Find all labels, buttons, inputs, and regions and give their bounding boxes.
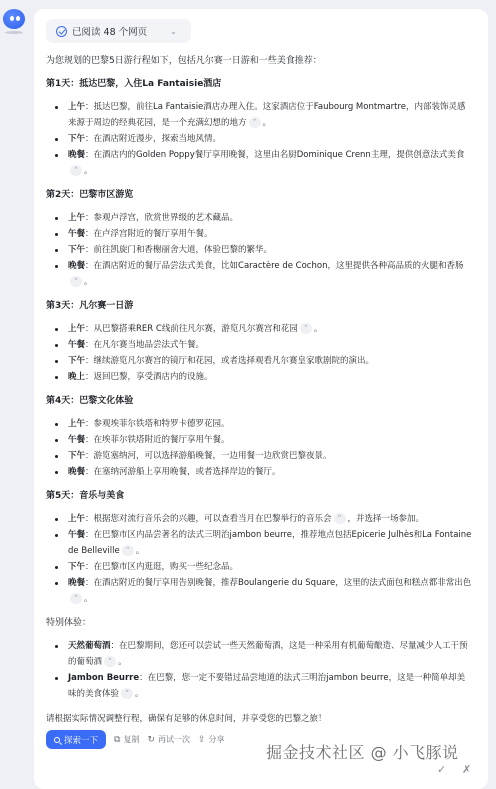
item-text: ：在卢浮宫附近的餐厅享用午餐。 bbox=[85, 229, 213, 239]
citation-icon[interactable]: ” bbox=[122, 545, 134, 556]
day-items: 上午：参观卢浮宫，欣赏世界级的艺术藏品。午餐：在卢浮宫附近的餐厅享用午餐。下午：… bbox=[46, 210, 476, 290]
day-items: 上午：根据您对流行音乐会的兴趣，可以查看当月在巴黎举行的音乐会”，并选择一场参加… bbox=[46, 511, 476, 607]
day-title: 第1天：抵达巴黎，入住La Fantaisie酒店 bbox=[46, 77, 476, 91]
item-key: 上午 bbox=[68, 324, 85, 334]
chevron-down-icon: ⌄ bbox=[170, 27, 177, 36]
item-text: ：在酒店附近漫步，探索当地风情。 bbox=[85, 134, 221, 144]
citation-icon[interactable]: ” bbox=[334, 513, 346, 524]
item-key: 午餐 bbox=[68, 340, 85, 350]
citation-icon[interactable]: ” bbox=[70, 165, 82, 176]
list-item: 上午：根据您对流行音乐会的兴趣，可以查看当月在巴黎举行的音乐会”，并选择一场参加… bbox=[52, 511, 476, 527]
share-button[interactable]: ⇪ 分享 bbox=[198, 734, 225, 745]
day-items: 上午：抵达巴黎，前往La Fantaisie酒店办理入住。这家酒店位于Faubo… bbox=[46, 99, 476, 179]
special-title: 特别体验： bbox=[46, 616, 476, 630]
item-key: Jambon Beurre bbox=[68, 673, 139, 683]
item-text: ：参观卢浮宫，欣赏世界级的艺术藏品。 bbox=[85, 213, 238, 223]
explore-label: 探索一下 bbox=[64, 734, 98, 746]
special-list: 天然葡萄酒：在巴黎期间，您还可以尝试一些天然葡萄酒，这是一种采用有机葡萄酿造、尽… bbox=[46, 638, 476, 702]
item-key: 午餐 bbox=[68, 229, 85, 239]
explore-button[interactable]: 探索一下 bbox=[46, 730, 106, 749]
list-item: 晚餐：在酒店附近的餐厅享用告别晚餐，推荐Boulangerie du Squar… bbox=[52, 575, 476, 607]
item-text: ：游览塞纳河，可以选择游船晚餐，一边用餐一边欣赏巴黎夜景。 bbox=[85, 451, 332, 461]
item-text: ：在酒店附近的餐厅品尝法式美食，比如Caractère de Cochon，这里… bbox=[85, 261, 463, 271]
item-key: 下午 bbox=[68, 451, 85, 461]
day-section: 第3天：凡尔赛一日游上午：从巴黎搭乘RER C线前往凡尔赛，游览凡尔赛宫和花园”… bbox=[46, 299, 476, 385]
citation-icon[interactable]: ” bbox=[249, 117, 261, 128]
list-item: 下午：游览塞纳河，可以选择游船晚餐，一边用餐一边欣赏巴黎夜景。 bbox=[52, 448, 476, 464]
retry-button[interactable]: ↻ 再试一次 bbox=[147, 734, 190, 745]
list-item: 晚餐：在酒店附近的餐厅品尝法式美食，比如Caractère de Cochon，… bbox=[52, 258, 476, 290]
list-item: 上午：参观卢浮宫，欣赏世界级的艺术藏品。 bbox=[52, 210, 476, 226]
item-key: 下午 bbox=[68, 245, 85, 255]
list-item: 晚餐：在酒店内的Golden Poppy餐厅享用晚餐，这里由名厨Dominiqu… bbox=[52, 147, 476, 179]
item-key: 晚餐 bbox=[68, 261, 85, 271]
item-key: 上午 bbox=[68, 419, 85, 429]
share-icon: ⇪ bbox=[198, 735, 206, 745]
citation-icon[interactable]: ” bbox=[70, 593, 82, 604]
itinerary: 第1天：抵达巴黎，入住La Fantaisie酒店上午：抵达巴黎，前往La Fa… bbox=[46, 77, 476, 607]
item-key: 下午 bbox=[68, 562, 85, 572]
bot-face-icon bbox=[3, 9, 25, 29]
day-section: 第1天：抵达巴黎，入住La Fantaisie酒店上午：抵达巴黎，前往La Fa… bbox=[46, 77, 476, 179]
read-sources-label: 已阅读 48 个网页 bbox=[72, 24, 147, 38]
list-item: 上午：从巴黎搭乘RER C线前往凡尔赛，游览凡尔赛宫和花园”。 bbox=[52, 321, 476, 337]
citation-icon[interactable]: ” bbox=[300, 323, 312, 334]
day-title: 第2天：巴黎市区游览 bbox=[46, 188, 476, 202]
item-text: ：在巴黎期间，您还可以尝试一些天然葡萄酒，这是一种采用有机葡萄酿造、尽量减少人工… bbox=[68, 641, 468, 667]
item-key: 上午 bbox=[68, 514, 85, 524]
copy-button[interactable]: ⧉ 复制 bbox=[114, 734, 139, 745]
day-title: 第3天：凡尔赛一日游 bbox=[46, 299, 476, 313]
item-text: ：在酒店附近的餐厅享用告别晚餐，推荐Boulangerie du Square，… bbox=[85, 578, 471, 588]
list-item: 晚上：返回巴黎，享受酒店内的设施。 bbox=[52, 369, 476, 385]
list-item: 下午：前往凯旋门和香榭丽舍大道，体验巴黎的繁华。 bbox=[52, 242, 476, 258]
item-key: 下午 bbox=[68, 134, 85, 144]
item-text-end: 。 bbox=[136, 546, 145, 556]
item-key: 天然葡萄酒 bbox=[68, 641, 111, 651]
list-item: 晚餐：在塞纳河游船上享用晚餐，或者选择岸边的餐厅。 bbox=[52, 464, 476, 480]
item-key: 下午 bbox=[68, 356, 85, 366]
list-item: 上午：参观埃菲尔铁塔和特罗卡德罗花园。 bbox=[52, 416, 476, 432]
item-key: 晚餐 bbox=[68, 150, 85, 160]
item-text: ：在酒店内的Golden Poppy餐厅享用晚餐，这里由名厨Dominique … bbox=[85, 150, 464, 160]
list-item: 午餐：在巴黎市区内品尝著名的法式三明治jambon beurre，推荐地点包括E… bbox=[52, 527, 476, 559]
item-key: 晚餐 bbox=[68, 578, 85, 588]
read-sources-toggle[interactable]: 已阅读 48 个网页 ⌄ bbox=[46, 19, 191, 43]
item-key: 晚上 bbox=[68, 372, 85, 382]
list-item: 下午：在巴黎市区内逛逛，购买一些纪念品。 bbox=[52, 559, 476, 575]
outro-text: 请根据实际情况调整行程，确保有足够的休息时间，并享受您的巴黎之旅！ bbox=[46, 712, 476, 726]
retry-icon: ↻ bbox=[147, 735, 155, 745]
item-text: ：在塞纳河游船上享用晚餐，或者选择岸边的餐厅。 bbox=[85, 467, 281, 477]
thumbs-down-icon[interactable]: ✗ bbox=[462, 763, 471, 776]
special-section: 特别体验： 天然葡萄酒：在巴黎期间，您还可以尝试一些天然葡萄酒，这是一种采用有机… bbox=[46, 616, 476, 702]
item-text: ：在埃菲尔铁塔附近的餐厅享用午餐。 bbox=[85, 435, 230, 445]
item-text-end: 。 bbox=[135, 689, 144, 699]
list-item: 下午：在酒店附近漫步，探索当地风情。 bbox=[52, 131, 476, 147]
item-text: ：继续游览凡尔赛宫的镜厅和花园，或者选择观看凡尔赛皇家歌剧院的演出。 bbox=[85, 356, 374, 366]
copy-icon: ⧉ bbox=[114, 735, 120, 745]
day-section: 第4天：巴黎文化体验上午：参观埃菲尔铁塔和特罗卡德罗花园。午餐：在埃菲尔铁塔附近… bbox=[46, 394, 476, 480]
check-circle-icon bbox=[56, 26, 67, 37]
item-key: 上午 bbox=[68, 213, 85, 223]
item-text: ：返回巴黎，享受酒店内的设施。 bbox=[85, 372, 213, 382]
intro-text: 为您规划的巴黎5日游行程如下，包括凡尔赛一日游和一些美食推荐： bbox=[46, 54, 476, 68]
watermark: 掘金技术社区 @ 小飞豚说 bbox=[266, 740, 459, 763]
day-section: 第5天：音乐与美食上午：根据您对流行音乐会的兴趣，可以查看当月在巴黎举行的音乐会… bbox=[46, 489, 476, 607]
item-text-end: 。 bbox=[84, 277, 93, 287]
assistant-avatar bbox=[2, 9, 26, 35]
item-text: ：在巴黎市区内逛逛，购买一些纪念品。 bbox=[85, 562, 238, 572]
item-key: 晚餐 bbox=[68, 467, 85, 477]
retry-label: 再试一次 bbox=[158, 734, 190, 745]
list-item: 午餐：在埃菲尔铁塔附近的餐厅享用午餐。 bbox=[52, 432, 476, 448]
share-label: 分享 bbox=[209, 734, 225, 745]
assistant-message-card: 已阅读 48 个网页 ⌄ 为您规划的巴黎5日游行程如下，包括凡尔赛一日游和一些美… bbox=[34, 9, 488, 781]
day-items: 上午：参观埃菲尔铁塔和特罗卡德罗花园。午餐：在埃菲尔铁塔附近的餐厅享用午餐。下午… bbox=[46, 416, 476, 480]
list-item: 午餐：在卢浮宫附近的餐厅享用午餐。 bbox=[52, 226, 476, 242]
day-title: 第5天：音乐与美食 bbox=[46, 489, 476, 503]
citation-icon[interactable]: ” bbox=[104, 656, 116, 667]
avatar-shadow bbox=[5, 31, 23, 34]
item-text-end: 。 bbox=[84, 594, 93, 604]
thumbs-up-icon[interactable]: ✓ bbox=[437, 763, 446, 776]
item-text: ：在凡尔赛当地品尝法式午餐。 bbox=[85, 340, 204, 350]
item-text: ：前往凯旋门和香榭丽舍大道，体验巴黎的繁华。 bbox=[85, 245, 272, 255]
search-icon bbox=[54, 737, 60, 743]
avatar-eye-right bbox=[16, 16, 20, 21]
avatar-eye-left bbox=[10, 16, 14, 21]
item-key: 午餐 bbox=[68, 530, 85, 540]
day-title: 第4天：巴黎文化体验 bbox=[46, 394, 476, 408]
list-item: 上午：抵达巴黎，前往La Fantaisie酒店办理入住。这家酒店位于Faubo… bbox=[52, 99, 476, 131]
item-key: 午餐 bbox=[68, 435, 85, 445]
day-section: 第2天：巴黎市区游览上午：参观卢浮宫，欣赏世界级的艺术藏品。午餐：在卢浮宫附近的… bbox=[46, 188, 476, 290]
item-text-end: ，并选择一场参加。 bbox=[348, 514, 425, 524]
list-item: 午餐：在凡尔赛当地品尝法式午餐。 bbox=[52, 337, 476, 353]
list-item: 下午：继续游览凡尔赛宫的镜厅和花园，或者选择观看凡尔赛皇家歌剧院的演出。 bbox=[52, 353, 476, 369]
item-key: 上午 bbox=[68, 102, 85, 112]
list-item: 天然葡萄酒：在巴黎期间，您还可以尝试一些天然葡萄酒，这是一种采用有机葡萄酿造、尽… bbox=[52, 638, 476, 670]
item-text: ：从巴黎搭乘RER C线前往凡尔赛，游览凡尔赛宫和花园 bbox=[85, 324, 298, 334]
item-text: ：参观埃菲尔铁塔和特罗卡德罗花园。 bbox=[85, 419, 230, 429]
item-text-end: 。 bbox=[314, 324, 323, 334]
item-text-end: 。 bbox=[118, 657, 127, 667]
citation-icon[interactable]: ” bbox=[121, 688, 133, 699]
day-items: 上午：从巴黎搭乘RER C线前往凡尔赛，游览凡尔赛宫和花园”。午餐：在凡尔赛当地… bbox=[46, 321, 476, 385]
list-item: Jambon Beurre：在巴黎，您一定不要错过品尝地道的法式三明治jambo… bbox=[52, 670, 476, 702]
item-text-end: 。 bbox=[263, 118, 272, 128]
item-text-end: 。 bbox=[84, 166, 93, 176]
citation-icon[interactable]: ” bbox=[70, 276, 82, 287]
copy-label: 复制 bbox=[123, 734, 139, 745]
item-text: ：根据您对流行音乐会的兴趣，可以查看当月在巴黎举行的音乐会 bbox=[85, 514, 332, 524]
